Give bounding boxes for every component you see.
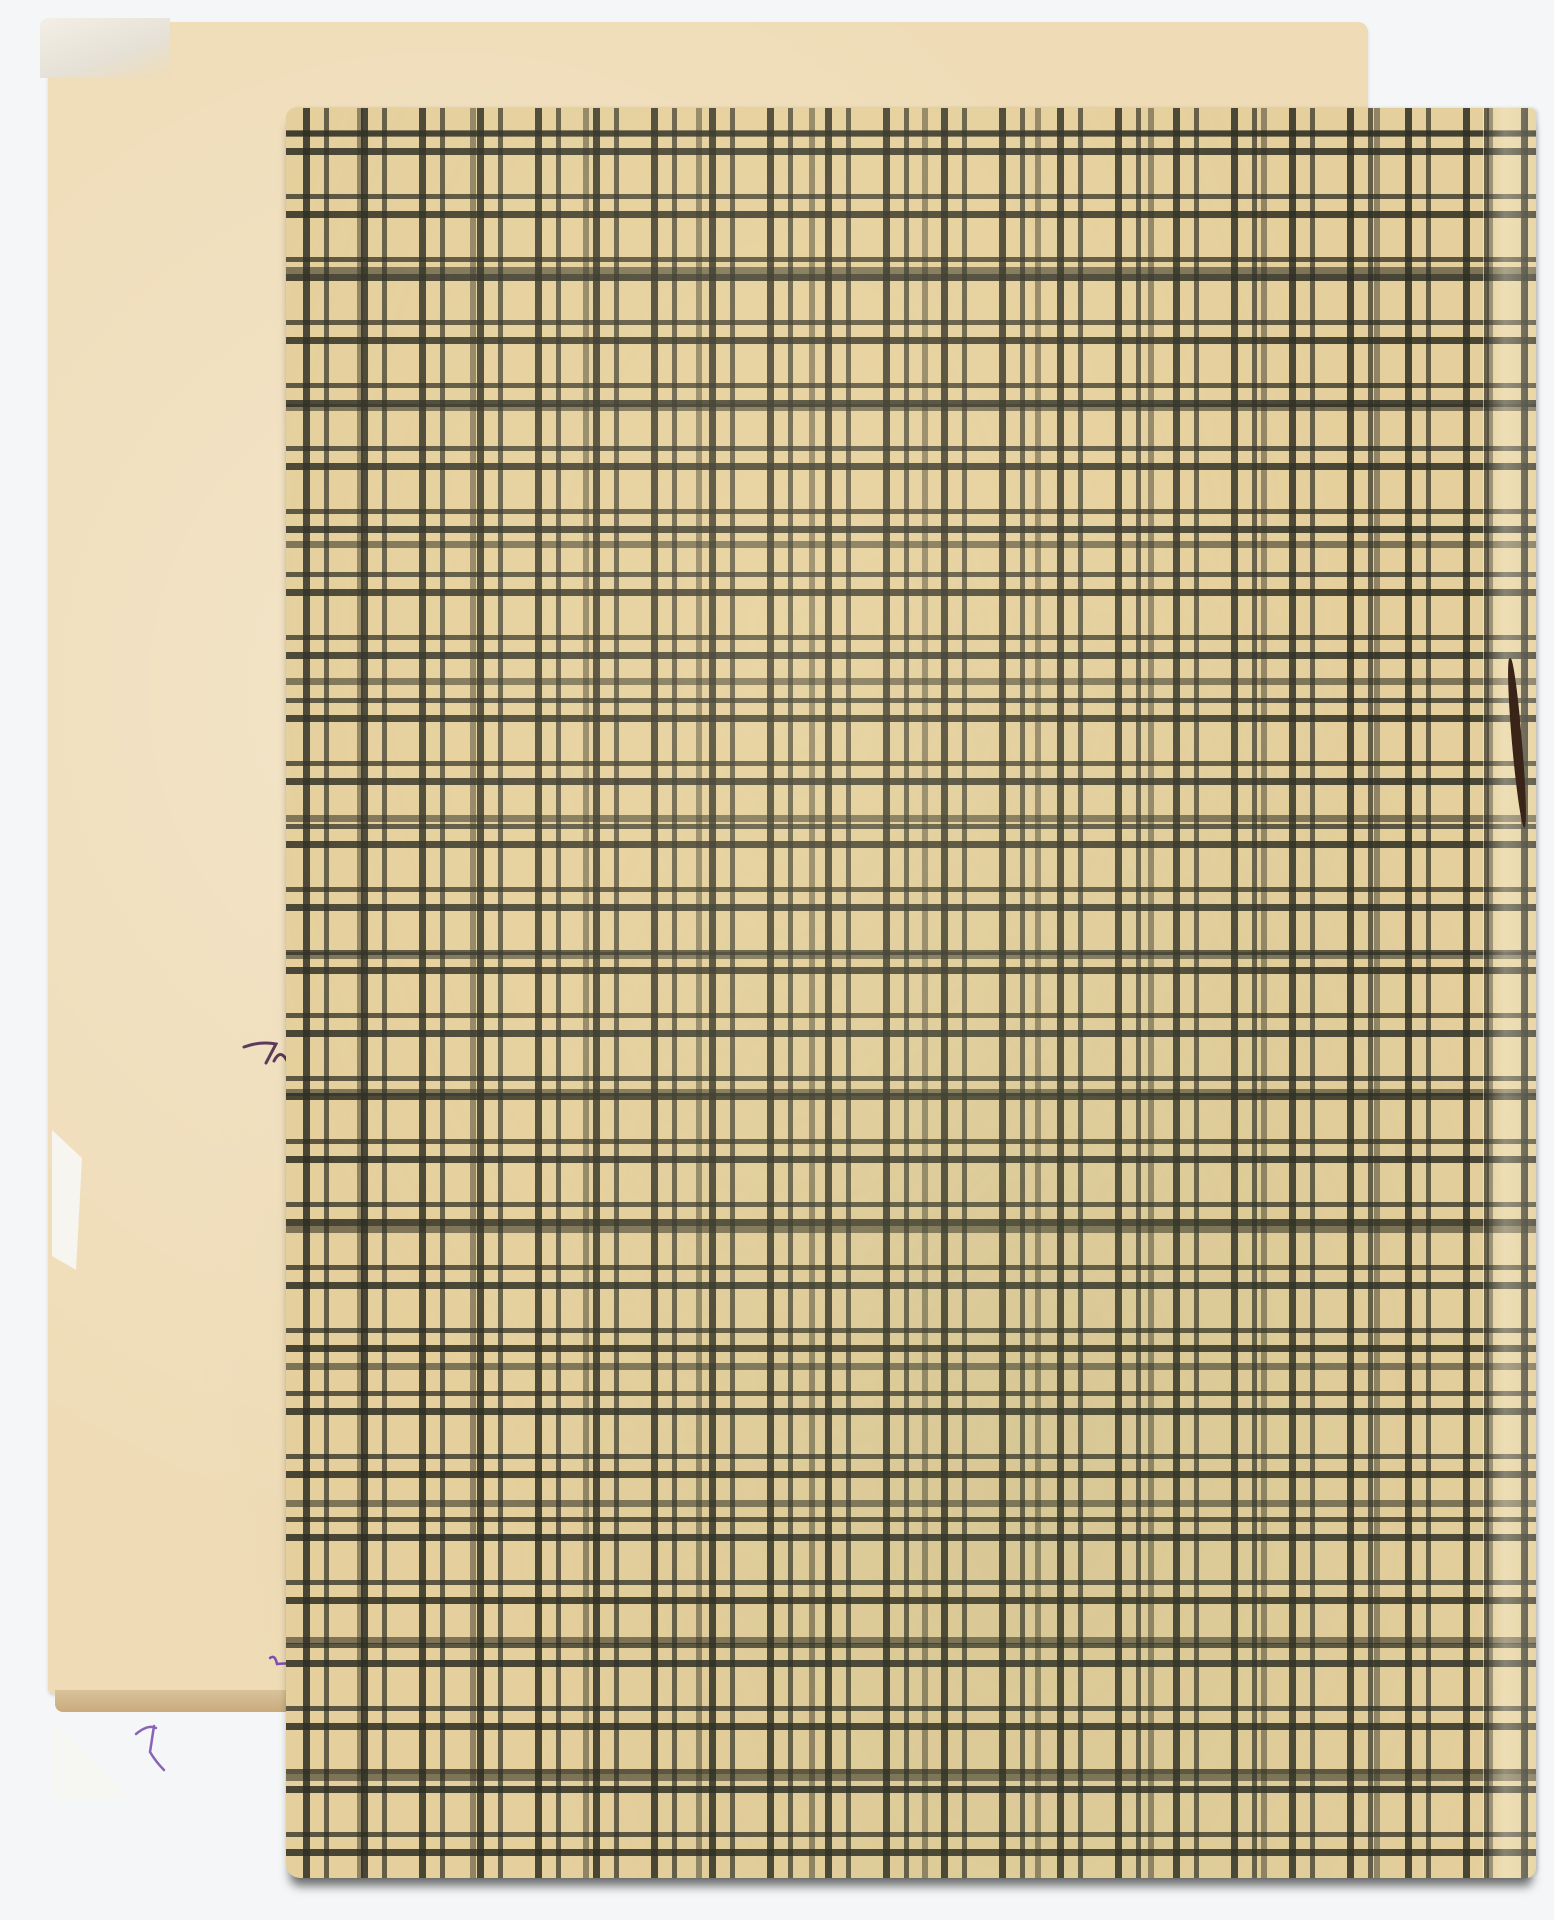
folder-folded-corner	[52, 1720, 132, 1800]
folder-torn-corner	[40, 18, 170, 78]
scanned-notebook-scene	[0, 0, 1554, 1920]
handwritten-mark-small	[130, 1718, 180, 1778]
patterned-notebook-cover	[286, 108, 1536, 1878]
cover-spine-edge	[1483, 108, 1536, 1878]
cover-aging-tint	[286, 108, 1536, 1878]
